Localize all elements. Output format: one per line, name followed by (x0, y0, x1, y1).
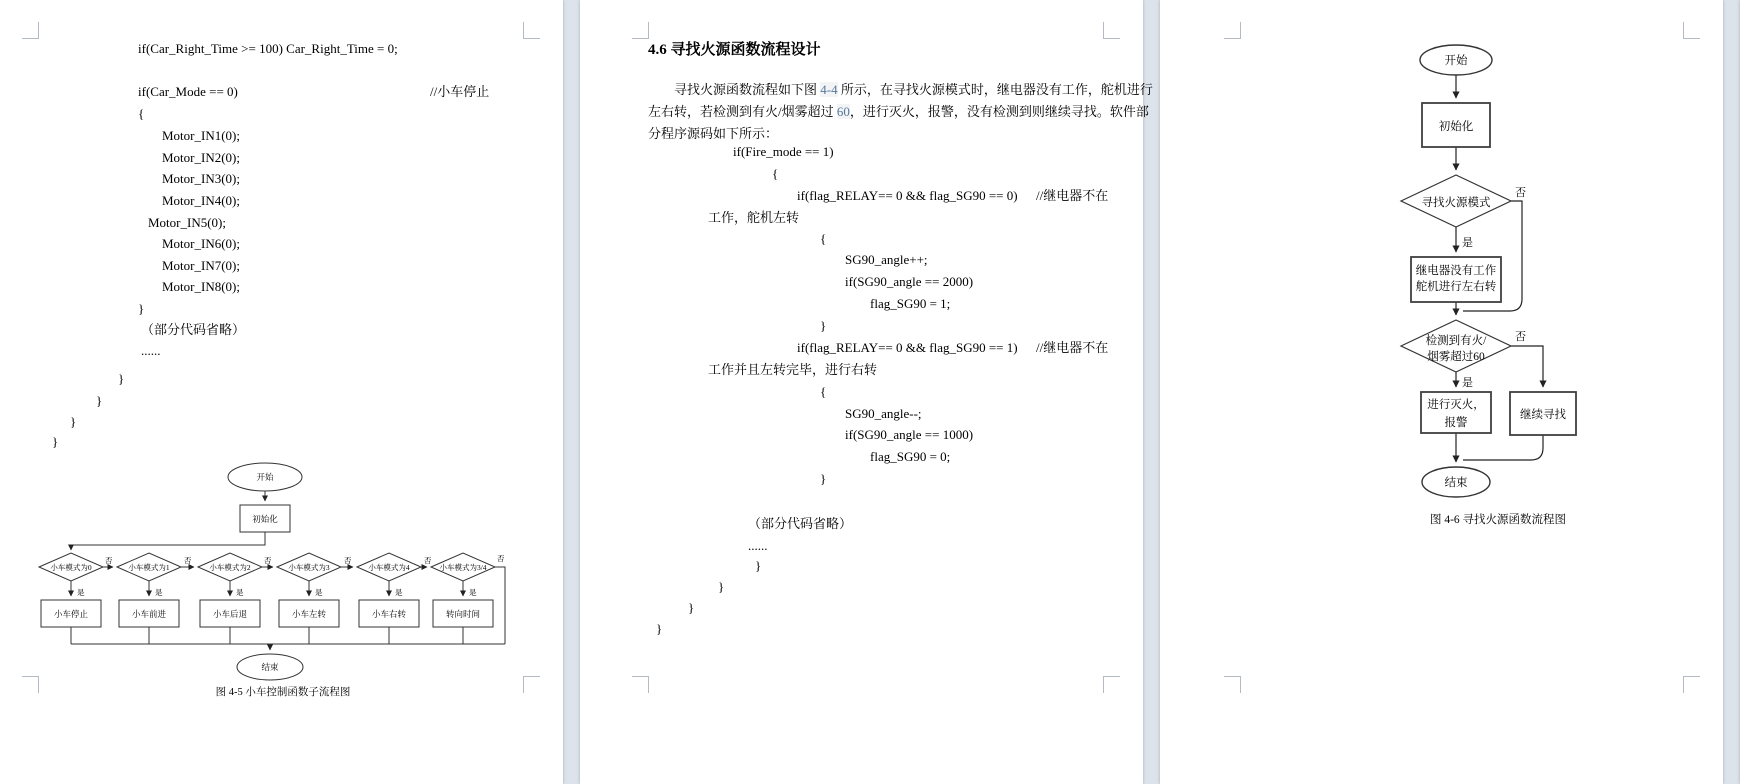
decision2-label-line1: 检测到有火/ (1426, 333, 1487, 347)
crop-mark-top-left-icon (632, 22, 649, 39)
action-label: 小车后退 (213, 609, 248, 619)
code-text: { (820, 231, 826, 246)
code-line: ...... (748, 538, 768, 554)
section-heading: 4.6 寻找火源函数流程设计 (648, 38, 821, 59)
code-line: } (656, 621, 662, 637)
action-label: 小车左转 (292, 609, 327, 619)
code-comment: //继电器不在 (1036, 340, 1108, 356)
action-left-label-line2: 报警 (1445, 415, 1468, 429)
flowchart-car-control: 开始 初始化 结束 小车模式为0 小车模式为1 小车模式为2 小车模式为3 小车… (0, 0, 563, 784)
code-text: if(flag_RELAY== 0 && flag_SG90 == 1) (797, 340, 1018, 355)
code-text: } (656, 621, 662, 636)
decision-label: 小车模式为1 (128, 562, 169, 572)
code-text: if(SG90_angle == 1000) (845, 427, 973, 442)
process1-label-line2: 舵机进行左右转 (1416, 279, 1497, 293)
yes-label: 是 (1462, 236, 1473, 249)
process-relay-servo (1411, 257, 1501, 302)
no-label: 否 (105, 556, 113, 565)
decision-label: 小车模式为2 (209, 562, 250, 572)
decision-label: 小车模式为3/4 (439, 562, 486, 572)
code-text: } (688, 600, 694, 615)
code-text: if(SG90_angle == 2000) (845, 274, 973, 289)
figure-caption-4-5: 图 4-5 小车控制函数子流程图 (216, 685, 351, 698)
code-line: if(Fire_mode == 1) (733, 144, 834, 160)
code-line: SG90_angle++; (845, 252, 928, 268)
no-label: 否 (184, 556, 192, 565)
code-line: if(flag_RELAY== 0 && flag_SG90 == 0)//继电… (797, 188, 1018, 204)
code-line: 工作并且左转完毕，进行右转 (708, 362, 877, 378)
document-page-2: 4.6 寻找火源函数流程设计 寻找火源函数流程如下图 4-4 所示，在寻找火源模… (580, 0, 1143, 784)
code-line: { (820, 384, 826, 400)
paragraph-text: ，进行灭火，报警，没有检测到则继续寻找。软件部 (850, 104, 1149, 119)
no-label: 否 (1515, 186, 1526, 199)
decision-label: 小车模式为0 (50, 562, 91, 572)
code-text: SG90_angle--; (845, 406, 922, 421)
code-line: if(SG90_angle == 2000) (845, 274, 973, 290)
code-text: if(flag_RELAY== 0 && flag_SG90 == 0) (797, 188, 1018, 203)
init-label: 初始化 (1439, 119, 1474, 133)
code-text: ...... (748, 538, 768, 553)
code-line: SG90_angle--; (845, 406, 922, 422)
action-label: 小车右转 (372, 609, 407, 619)
code-line: } (820, 471, 826, 487)
paragraph-text: 所示，在寻找火源模式时，继电器没有工作，舵机进行 (838, 82, 1153, 97)
figure-caption-4-6: 图 4-6 寻找火源函数流程图 (1430, 512, 1566, 526)
yes-label: 是 (395, 588, 403, 597)
action-left-label-line1: 进行灭火， (1427, 397, 1485, 411)
yes-label: 是 (469, 588, 477, 597)
code-text: 工作并且左转完毕，进行右转 (708, 362, 877, 377)
crop-mark-top-right-icon (1103, 22, 1120, 39)
yes-label: 是 (236, 588, 244, 597)
document-canvas: { "colors": { "canvas_background": "#dde… (0, 0, 1757, 784)
flowchart-find-fire: 开始 初始化 寻找火源模式 继电器没有工作 舵机进行左右转 检测到有火/ 烟雾超… (1160, 0, 1723, 784)
no-label: 否 (264, 556, 272, 565)
init-label: 初始化 (252, 514, 278, 524)
document-page-4-edge (1740, 0, 1757, 784)
code-line: if(flag_RELAY== 0 && flag_SG90 == 1)//继电… (797, 340, 1018, 356)
code-text: SG90_angle++; (845, 252, 928, 267)
decision-label: 小车模式为3 (288, 562, 329, 572)
code-comment: //继电器不在 (1036, 188, 1108, 204)
code-line: { (772, 166, 778, 182)
decision2-label-line2: 烟雾超过60 (1427, 349, 1485, 363)
code-text: 工作，舵机左转 (708, 210, 799, 225)
code-line: flag_SG90 = 0; (870, 449, 950, 465)
crop-mark-bottom-left-icon (632, 676, 649, 693)
yes-label: 是 (1462, 376, 1473, 389)
code-text: （部分代码省略） (748, 516, 852, 531)
code-line: } (688, 600, 694, 616)
code-text: if(Fire_mode == 1) (733, 144, 834, 159)
code-line: } (820, 318, 826, 334)
code-line: （部分代码省略） (748, 516, 852, 532)
decision1-label: 寻找火源模式 (1422, 195, 1491, 209)
no-label: 否 (424, 556, 432, 565)
yes-label: 是 (315, 588, 323, 597)
code-text: { (772, 166, 778, 181)
end-label: 结束 (261, 662, 279, 672)
cross-reference-field: 4-4 (820, 82, 837, 97)
action-right-label: 继续寻找 (1520, 407, 1566, 421)
code-line: } (755, 558, 761, 574)
action-label: 转向时间 (446, 609, 480, 619)
action-label: 小车停止 (54, 609, 89, 619)
code-text: } (718, 579, 724, 594)
start-label: 开始 (1445, 53, 1468, 67)
no-label: 否 (1515, 330, 1526, 343)
paragraph-line: 分程序源码如下所示： (648, 123, 778, 142)
code-line: if(SG90_angle == 1000) (845, 427, 973, 443)
yes-label: 是 (77, 588, 85, 597)
decision-label: 小车模式为4 (368, 562, 409, 572)
code-text: } (755, 558, 761, 573)
code-text: { (820, 384, 826, 399)
paragraph-line: 左右转，若检测到有火/烟雾超过 60，进行灭火，报警，没有检测到则继续寻找。软件… (648, 101, 1149, 120)
code-line: 工作，舵机左转 (708, 210, 799, 226)
action-label: 小车前进 (132, 609, 167, 619)
start-label: 开始 (256, 472, 274, 482)
no-label: 否 (344, 556, 352, 565)
code-line: { (820, 231, 826, 247)
cross-reference-field: 60 (837, 104, 850, 119)
end-label: 结束 (1445, 475, 1468, 489)
code-text: } (820, 318, 826, 333)
paragraph-line: 寻找火源函数流程如下图 4-4 所示，在寻找火源模式时，继电器没有工作，舵机进行 (674, 79, 1153, 98)
code-line: } (718, 579, 724, 595)
crop-mark-bottom-right-icon (1103, 676, 1120, 693)
paragraph-text: 分程序源码如下所示： (648, 126, 778, 141)
paragraph-text: 左右转，若检测到有火/烟雾超过 (648, 104, 837, 119)
code-text: } (820, 471, 826, 486)
yes-label: 是 (155, 588, 163, 597)
code-text: flag_SG90 = 0; (870, 449, 950, 464)
process1-label-line1: 继电器没有工作 (1416, 263, 1497, 277)
paragraph-text: 寻找火源函数流程如下图 (674, 82, 820, 97)
code-line: flag_SG90 = 1; (870, 296, 950, 312)
document-page-3: 开始 初始化 寻找火源模式 继电器没有工作 舵机进行左右转 检测到有火/ 烟雾超… (1160, 0, 1723, 784)
document-page-1: if(Car_Right_Time >= 100) Car_Right_Time… (0, 0, 563, 784)
code-text: flag_SG90 = 1; (870, 296, 950, 311)
no-label: 否 (497, 554, 505, 563)
